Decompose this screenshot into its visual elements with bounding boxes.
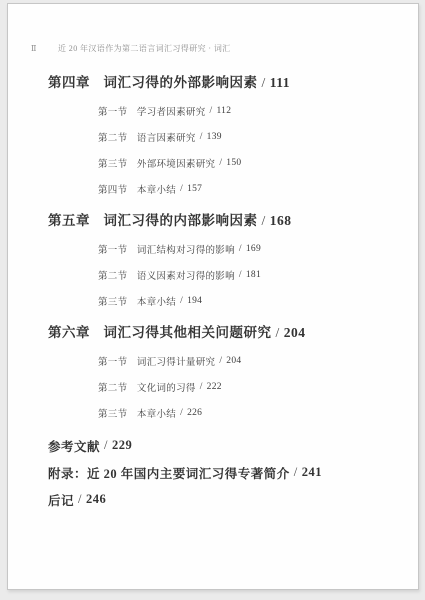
backmatter-title: 参考文献 [48, 437, 100, 455]
toc-chapter: 第六章词汇习得其他相关问题研究/204 第一节词汇习得计量研究/204 第二节文… [48, 324, 400, 426]
section-page-number: 226 [187, 408, 202, 418]
section-page-number: 157 [187, 184, 202, 194]
backmatter-title: 后记 [48, 491, 74, 509]
separator: / [294, 465, 298, 480]
chapter-heading: 第五章词汇习得的内部影响因素/168 [48, 212, 400, 229]
separator: / [210, 106, 213, 116]
toc-section-row: 第一节词汇结构对习得的影响/169 [98, 236, 400, 262]
separator: / [180, 408, 183, 418]
section-page-number: 181 [246, 270, 261, 280]
section-page-number: 204 [226, 356, 241, 366]
chapter-label: 第四章 [48, 75, 90, 90]
chapter-sections: 第一节词汇结构对习得的影响/169 第二节语义因素对习得的影响/181 第三节本… [98, 236, 400, 314]
separator: / [262, 75, 266, 90]
separator: / [180, 296, 183, 306]
chapter-sections: 第一节学习者因素研究/112 第二节语言因素研究/139 第三节外部环境因素研究… [98, 98, 400, 202]
toc-section-row: 第二节语义因素对习得的影响/181 [98, 262, 400, 288]
section-title: 外部环境因素研究 [137, 156, 215, 170]
separator: / [104, 438, 108, 453]
section-label: 第一节 [98, 354, 127, 368]
book-page: Ⅱ 近 20 年汉语作为第二语言词汇习得研究 · 词汇 第四章词汇习得的外部影响… [7, 3, 419, 590]
separator: / [78, 492, 82, 507]
table-of-contents: 第四章词汇习得的外部影响因素/111 第一节学习者因素研究/112 第二节语言因… [48, 74, 400, 513]
toc-section-row: 第二节语言因素研究/139 [98, 124, 400, 150]
toc-section-row: 第一节学习者因素研究/112 [98, 98, 400, 124]
separator: / [219, 158, 222, 168]
separator: / [276, 325, 280, 340]
chapter-page-number: 204 [284, 325, 306, 340]
separator: / [180, 184, 183, 194]
section-page-number: 169 [246, 244, 261, 254]
chapter-sections: 第一节词汇习得计量研究/204 第二节文化词的习得/222 第三节本章小结/22… [98, 348, 400, 426]
section-page-number: 150 [226, 158, 241, 168]
back-matter: 参考文献/229 附录：近 20 年国内主要词汇习得专著简介/241 后记/24… [48, 432, 400, 513]
chapter-page-number: 168 [270, 213, 292, 228]
running-head: Ⅱ 近 20 年汉语作为第二语言词汇习得研究 · 词汇 [31, 43, 418, 54]
section-title: 词汇结构对习得的影响 [137, 242, 235, 256]
separator: / [239, 244, 242, 254]
section-title: 语义因素对习得的影响 [137, 268, 235, 282]
toc-chapter: 第四章词汇习得的外部影响因素/111 第一节学习者因素研究/112 第二节语言因… [48, 74, 400, 202]
section-title: 文化词的习得 [137, 380, 196, 394]
section-label: 第三节 [98, 156, 127, 170]
toc-section-row: 第四节本章小结/157 [98, 176, 400, 202]
separator: / [239, 270, 242, 280]
toc-backmatter-row: 附录：近 20 年国内主要词汇习得专著简介/241 [48, 459, 400, 486]
page-number: Ⅱ [31, 43, 58, 54]
chapter-label: 第六章 [48, 325, 90, 340]
toc-backmatter-row: 参考文献/229 [48, 432, 400, 459]
section-title: 本章小结 [137, 182, 176, 196]
toc-section-row: 第二节文化词的习得/222 [98, 374, 400, 400]
separator: / [200, 382, 203, 392]
chapter-title: 词汇习得的外部影响因素 [104, 75, 258, 90]
separator: / [262, 213, 266, 228]
section-title: 本章小结 [137, 294, 176, 308]
section-page-number: 222 [207, 382, 222, 392]
chapter-label: 第五章 [48, 213, 90, 228]
chapter-title: 词汇习得其他相关问题研究 [104, 325, 272, 340]
backmatter-page-number: 229 [112, 438, 132, 453]
toc-chapter: 第五章词汇习得的内部影响因素/168 第一节词汇结构对习得的影响/169 第二节… [48, 212, 400, 314]
section-title: 学习者因素研究 [137, 104, 206, 118]
chapter-heading: 第六章词汇习得其他相关问题研究/204 [48, 324, 400, 341]
toc-section-row: 第三节本章小结/194 [98, 288, 400, 314]
toc-section-row: 第一节词汇习得计量研究/204 [98, 348, 400, 374]
section-label: 第一节 [98, 242, 127, 256]
section-label: 第二节 [98, 130, 127, 144]
section-title: 本章小结 [137, 406, 176, 420]
section-page-number: 139 [207, 132, 222, 142]
backmatter-page-number: 241 [302, 465, 322, 480]
chapter-page-number: 111 [270, 75, 290, 90]
section-label: 第二节 [98, 380, 127, 394]
section-label: 第二节 [98, 268, 127, 282]
section-page-number: 112 [216, 106, 231, 116]
toc-section-row: 第三节外部环境因素研究/150 [98, 150, 400, 176]
section-title: 词汇习得计量研究 [137, 354, 215, 368]
backmatter-title: 附录：近 20 年国内主要词汇习得专著简介 [48, 464, 290, 482]
backmatter-page-number: 246 [86, 492, 106, 507]
section-label: 第三节 [98, 294, 127, 308]
running-title: 近 20 年汉语作为第二语言词汇习得研究 · 词汇 [58, 43, 231, 54]
toc-backmatter-row: 后记/246 [48, 486, 400, 513]
section-page-number: 194 [187, 296, 202, 306]
chapter-heading: 第四章词汇习得的外部影响因素/111 [48, 74, 400, 91]
separator: / [200, 132, 203, 142]
section-label: 第四节 [98, 182, 127, 196]
section-label: 第一节 [98, 104, 127, 118]
toc-section-row: 第三节本章小结/226 [98, 400, 400, 426]
section-title: 语言因素研究 [137, 130, 196, 144]
chapter-title: 词汇习得的内部影响因素 [104, 213, 258, 228]
section-label: 第三节 [98, 406, 127, 420]
separator: / [219, 356, 222, 366]
